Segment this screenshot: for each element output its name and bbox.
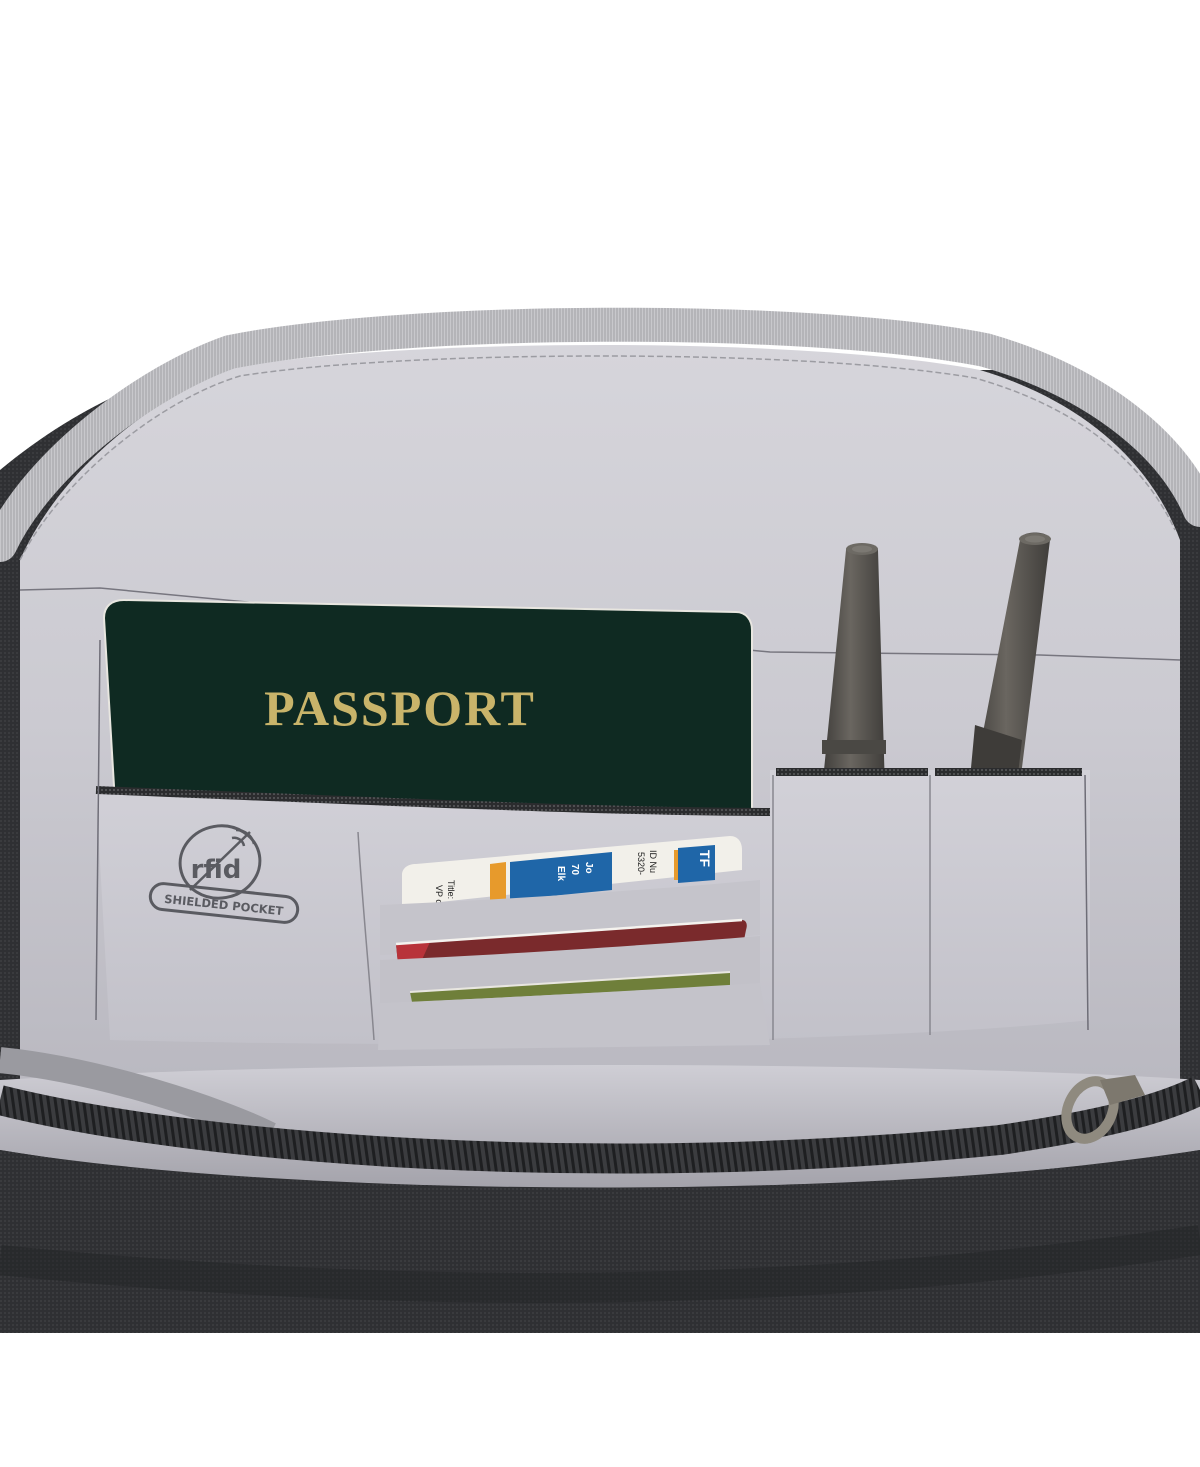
- card-slots: Title: VP of ID Nu 5320- Jo 70 Elk TF: [378, 836, 770, 1050]
- passport-label: PASSPORT: [264, 680, 536, 736]
- id-card-id-label: ID Nu: [648, 850, 658, 873]
- id-card-logo: TF: [697, 850, 713, 868]
- id-card-title: Title:: [446, 880, 456, 899]
- id-card-address: 70: [569, 864, 580, 876]
- id-card-city: Elk: [555, 866, 566, 881]
- rfid-logo-text: rfid: [191, 855, 242, 885]
- id-card-id-number: 5320-: [636, 852, 646, 875]
- bag-interior-photo: PASSPORT rfid SHIELDED POCKET: [0, 0, 1200, 1467]
- passport: PASSPORT: [104, 600, 752, 820]
- id-card-name: Jo: [583, 862, 594, 874]
